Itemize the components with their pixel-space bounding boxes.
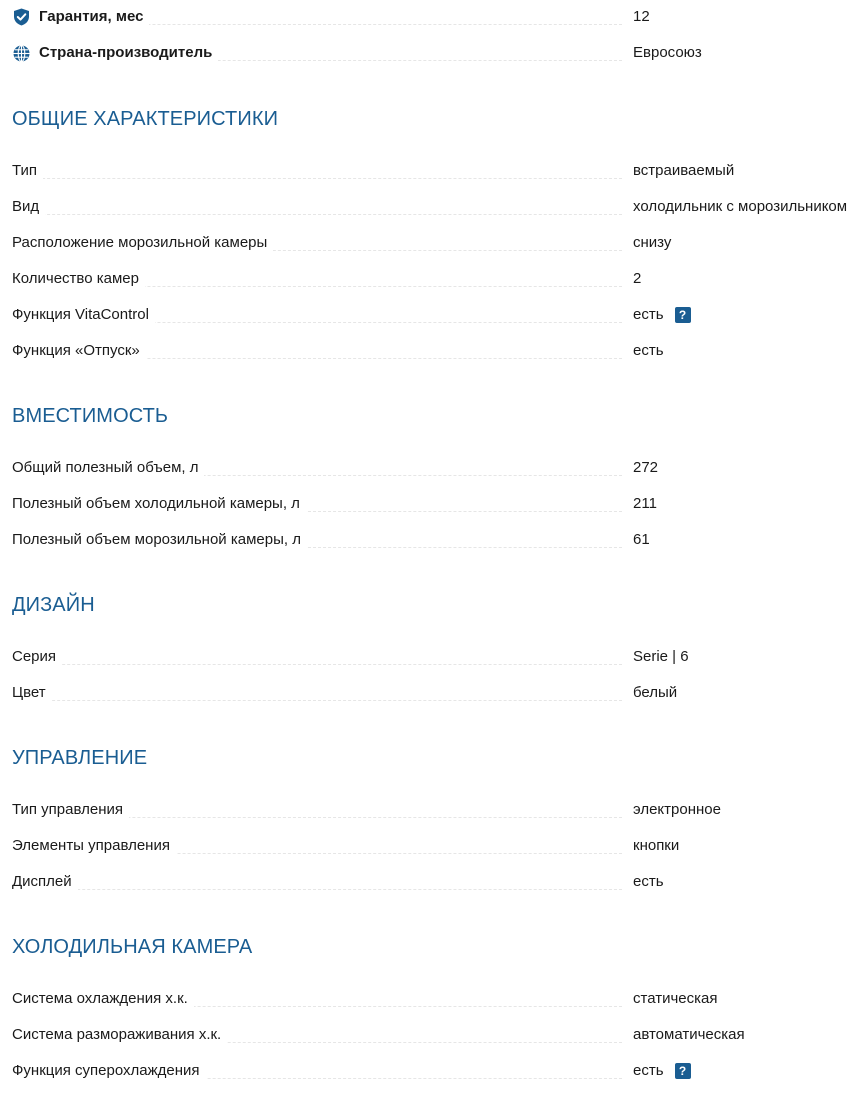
- spec-value-text: 2: [633, 269, 641, 289]
- spec-value: белый: [633, 683, 677, 703]
- spec-value-text: есть: [633, 872, 664, 892]
- section-title: ВМЕСТИМОСТЬ: [12, 404, 168, 428]
- spec-name: Функция «Отпуск»: [12, 341, 146, 361]
- dotted-leader: [12, 178, 622, 179]
- spec-row-warranty: Гарантия, мес 12: [12, 5, 866, 27]
- spec-value: Евросоюз: [633, 43, 702, 63]
- spec-row: Элементы управлениякнопки: [12, 834, 866, 856]
- dotted-leader: [12, 889, 622, 890]
- dotted-leader: [12, 214, 622, 215]
- spec-name: Тип: [12, 161, 43, 181]
- spec-value: снизу: [633, 233, 671, 253]
- spec-row: Полезный объем морозильной камеры, л61: [12, 528, 866, 550]
- spec-value: электронное: [633, 800, 721, 820]
- spec-value-text: есть: [633, 341, 664, 361]
- spec-row: Цветбелый: [12, 681, 866, 703]
- help-icon[interactable]: ?: [675, 1063, 691, 1079]
- spec-name: Система охлаждения х.к.: [12, 989, 194, 1009]
- spec-row: Расположение морозильной камерыснизу: [12, 231, 866, 253]
- spec-row: Система размораживания х.к.автоматическа…: [12, 1023, 866, 1045]
- spec-row: СерияSerie | 6: [12, 645, 866, 667]
- spec-name: Функция VitaControl: [12, 305, 155, 325]
- spec-row: Дисплейесть: [12, 870, 866, 892]
- spec-value-text: встраиваемый: [633, 161, 734, 181]
- spec-value: есть: [633, 341, 664, 361]
- spec-value: холодильник с морозильником: [633, 197, 847, 217]
- section-title: ХОЛОДИЛЬНАЯ КАМЕРА: [12, 935, 252, 959]
- spec-value-text: 211: [633, 494, 657, 514]
- spec-value: встраиваемый: [633, 161, 734, 181]
- spec-value: кнопки: [633, 836, 679, 856]
- spec-value: есть?: [633, 1061, 691, 1081]
- spec-value: Serie | 6: [633, 647, 689, 667]
- spec-value-text: белый: [633, 683, 677, 703]
- spec-value-text: снизу: [633, 233, 671, 253]
- spec-row: Функция VitaControlесть?: [12, 303, 866, 325]
- spec-value-text: холодильник с морозильником: [633, 197, 847, 217]
- spec-name: Страна-производитель: [39, 43, 212, 63]
- spec-row: Типвстраиваемый: [12, 159, 866, 181]
- spec-name: Функция суперохлаждения: [12, 1061, 206, 1081]
- spec-row: Тип управленияэлектронное: [12, 798, 866, 820]
- dotted-leader: [12, 664, 622, 665]
- spec-value: 272: [633, 458, 658, 478]
- help-icon[interactable]: ?: [675, 307, 691, 323]
- spec-name: Общий полезный объем, л: [12, 458, 204, 478]
- spec-value-text: 272: [633, 458, 658, 478]
- spec-row: Количество камер2: [12, 267, 866, 289]
- spec-name: Дисплей: [12, 872, 78, 892]
- spec-name: Расположение морозильной камеры: [12, 233, 273, 253]
- shield-check-icon: [12, 8, 30, 26]
- spec-value-text: автоматическая: [633, 1025, 745, 1045]
- spec-name: Полезный объем холодильной камеры, л: [12, 494, 306, 514]
- section-title: ОБЩИЕ ХАРАКТЕРИСТИКИ: [12, 107, 278, 131]
- spec-name: Система размораживания х.к.: [12, 1025, 227, 1045]
- spec-value: 61: [633, 530, 650, 550]
- section-title: УПРАВЛЕНИЕ: [12, 746, 147, 770]
- spec-value-text: есть: [633, 1061, 664, 1081]
- spec-value: статическая: [633, 989, 717, 1009]
- dotted-leader: [12, 700, 622, 701]
- spec-row: Общий полезный объем, л272: [12, 456, 866, 478]
- spec-value: 211: [633, 494, 657, 514]
- spec-value-text: статическая: [633, 989, 717, 1009]
- spec-row: Функция суперохлажденияесть?: [12, 1059, 866, 1081]
- spec-value-text: Serie | 6: [633, 647, 689, 667]
- spec-name: Полезный объем морозильной камеры, л: [12, 530, 307, 550]
- spec-name: Серия: [12, 647, 62, 667]
- spec-row-country: Страна-производитель Евросоюз: [12, 41, 866, 63]
- spec-value: есть: [633, 872, 664, 892]
- spec-name: Тип управления: [12, 800, 129, 820]
- spec-value: 2: [633, 269, 641, 289]
- spec-row: Функция «Отпуск»есть: [12, 339, 866, 361]
- spec-value-text: электронное: [633, 800, 721, 820]
- spec-row: Видхолодильник с морозильником: [12, 195, 866, 217]
- spec-row: Полезный объем холодильной камеры, л211: [12, 492, 866, 514]
- spec-name: Элементы управления: [12, 836, 176, 856]
- spec-name: Вид: [12, 197, 45, 217]
- spec-value: есть?: [633, 305, 691, 325]
- spec-value-text: 61: [633, 530, 650, 550]
- spec-value: 12: [633, 7, 650, 27]
- spec-value: автоматическая: [633, 1025, 745, 1045]
- spec-name: Цвет: [12, 683, 52, 703]
- spec-name: Количество камер: [12, 269, 145, 289]
- spec-value-text: кнопки: [633, 836, 679, 856]
- spec-value-text: есть: [633, 305, 664, 325]
- section-title: ДИЗАЙН: [12, 593, 95, 617]
- spec-row: Система охлаждения х.к.статическая: [12, 987, 866, 1009]
- spec-name: Гарантия, мес: [39, 7, 143, 27]
- globe-icon: [12, 44, 30, 62]
